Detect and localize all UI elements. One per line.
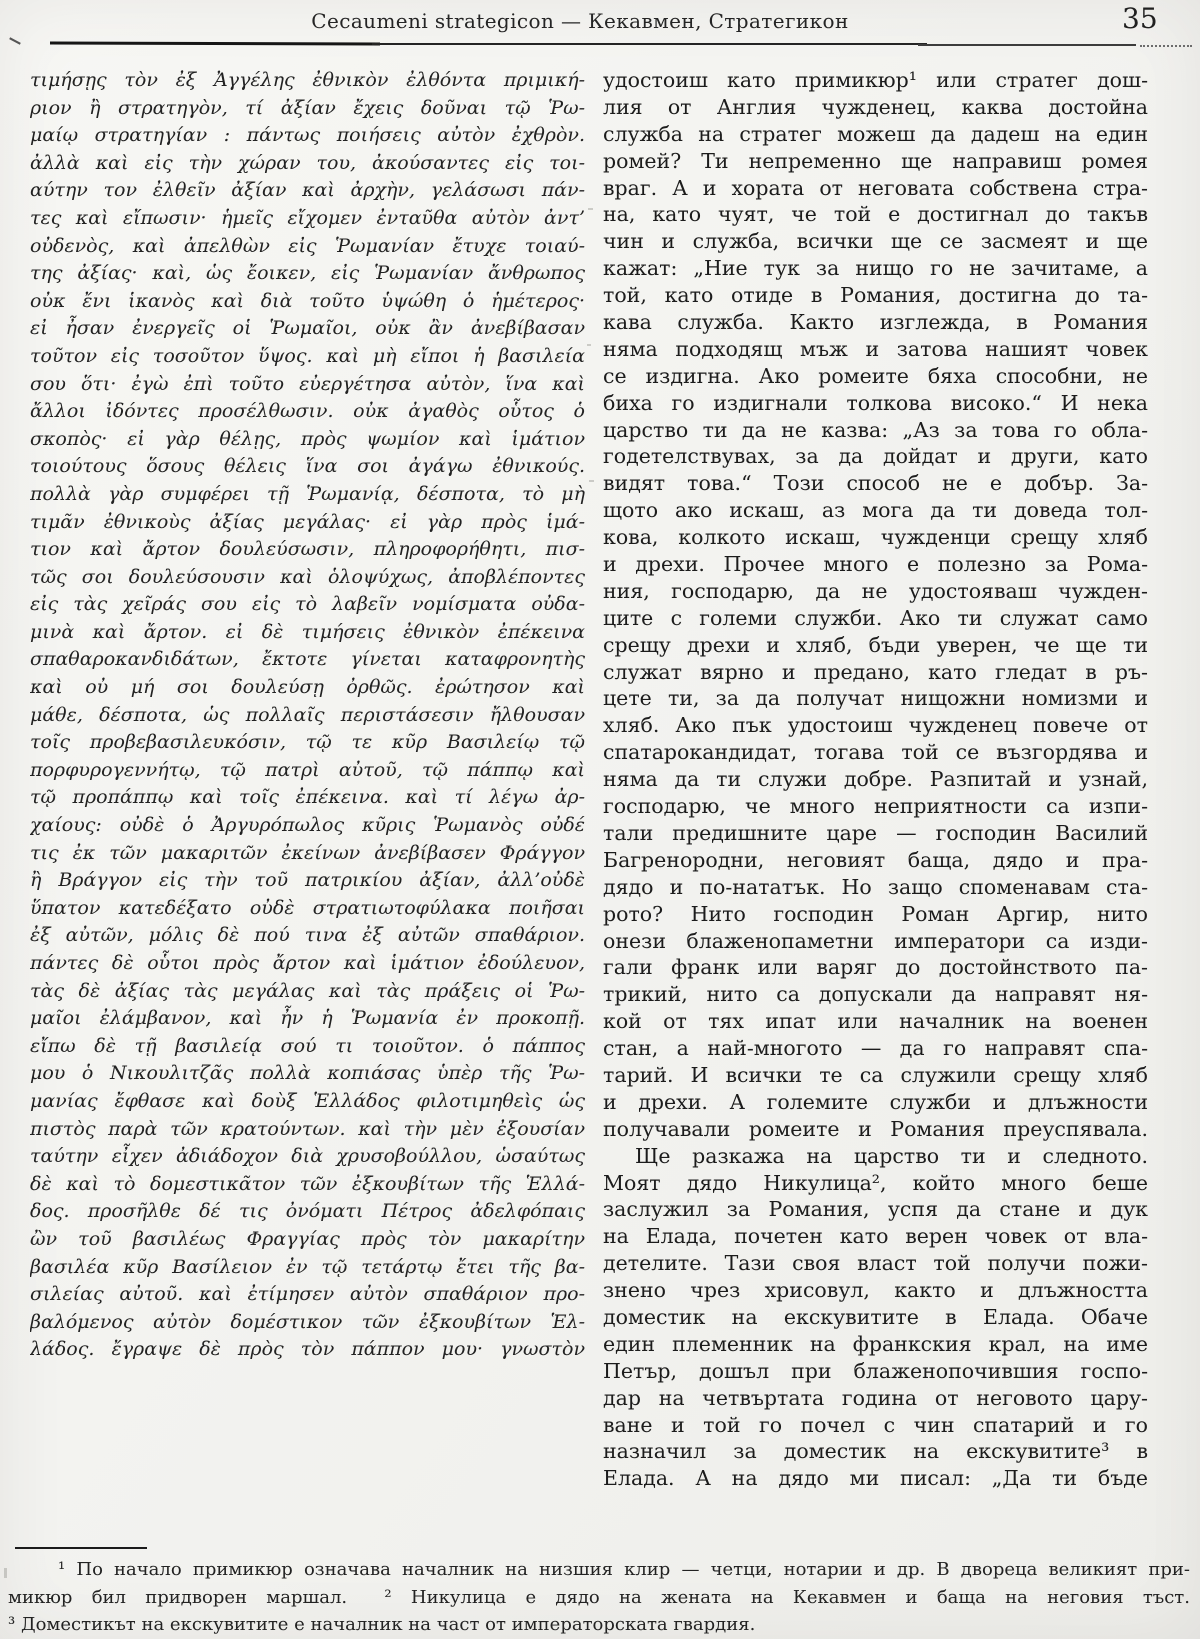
bulgarian-text-line: тали предишните царе — господин Василий: [603, 820, 1148, 847]
bulgarian-text-line: се издигна. Ако ромеите бяха способни, н…: [603, 363, 1148, 390]
bulgarian-text-line: трикий, нито са допускали да направят ня…: [603, 981, 1148, 1008]
greek-text-line: ὕπατον κατεδέξατο οὐδὲ στρατιωτοφύλακα π…: [30, 895, 585, 923]
scan-speck: [589, 480, 594, 482]
greek-text-line: τὰς δὲ ἀξίας τὰς μεγάλας καὶ τὰς πράξεις…: [30, 978, 585, 1006]
footnote-line: ¹ По начало примикюр означава началник н…: [8, 1556, 1190, 1584]
greek-text-line: εἰ ἦσαν ἐνεργεῖς οἱ Ῥωμαῖοι, οὐκ ἂν ἀνεβ…: [30, 315, 585, 343]
greek-text-line: λάδος. ἔγραψε δὲ πρὸς τὸν πάππον μου· γν…: [30, 1336, 585, 1364]
bulgarian-text-line: Петър, дошъл при блаженопочившия госпо-: [603, 1358, 1148, 1385]
greek-text-line: τῷ προπάππῳ καὶ τοῖς ἐπέκεινα. καὶ τί λέ…: [30, 784, 585, 812]
greek-text-line: τις ἐκ τῶν μακαριτῶν ἐκείνων ἀνεβίβασεν …: [30, 840, 585, 868]
bulgarian-text-line: царство ти да не казва: „Аз за това го о…: [603, 417, 1148, 444]
bulgarian-text-line: Елада. А на дядо ми писал: „Да ти бъде: [603, 1465, 1148, 1492]
greek-text-line: ριον ἢ στρατηγὸν, τί ἀξίαν ἔχεις δοῦναι …: [30, 95, 585, 123]
header-rule-segment: [918, 44, 1136, 46]
bulgarian-text-line: рото? Нито господин Роман Аргир, нито: [603, 901, 1148, 928]
bulgarian-text-line: удостоиш като примикюр¹ или стратег дош-: [603, 67, 1148, 94]
greek-text-line: οὐκ ἔνι ἱκανὸς καὶ διὰ τοῦτο ὑψώθη ὁ ἡμέ…: [30, 288, 585, 316]
greek-text-line: αύτην τον ἐλθεῖν ἀξίαν καὶ ἀρχὴν, γελάσω…: [30, 177, 585, 205]
bulgarian-text-line: Ще разкажа на царство ти и следното.: [603, 1143, 1148, 1170]
bulgarian-text-line: щото ако искаш, аз мога да ти доведа тол…: [603, 497, 1148, 524]
greek-text-line: μαῖοι ἐλάμβανον, καὶ ἦν ἡ Ῥωμανία ἐν προ…: [30, 1005, 585, 1033]
greek-text-line: τιμήσῃς τὸν ἐξ Ἀγγέλης ἐθνικὸν ἐλθόντα π…: [30, 67, 585, 95]
greek-column: τιμήσῃς τὸν ἐξ Ἀγγέλης ἐθνικὸν ἐλθόντα π…: [30, 67, 585, 1492]
bulgarian-text-line: назначил за доместик на екскувитите³ в: [603, 1438, 1148, 1465]
bulgarian-text-line: биха го издигнали толкова високо.“ И нек…: [603, 390, 1148, 417]
bulgarian-text-line: на, като чуят, че той е достигнал до так…: [603, 201, 1148, 228]
greek-text-line: ἄλλοι ἰδόντες προσέλθωσιν. οὐκ ἀγαθὸς οὗ…: [30, 398, 585, 426]
bulgarian-text-line: тарий. И всички те са служили срещу хляб: [603, 1062, 1148, 1089]
scan-speck: [4, 1568, 7, 1578]
greek-text-line: σκοπὸς· εἰ γὰρ θέλῃς, πρὸς ψωμίον καὶ ἱμ…: [30, 426, 585, 454]
greek-text-line: ἐξ αὐτῶν, μόλις δὲ πού τινα ἐξ αὐτῶν σπα…: [30, 922, 585, 950]
bulgarian-text-line: кой от тях ипат или началник на военен: [603, 1008, 1148, 1035]
bulgarian-text-line: видят това.“ Този способ не е добър. За-: [603, 470, 1148, 497]
greek-text-line: πιστὸς παρὰ τῶν κρατούντων. καὶ τὴν μὲν …: [30, 1116, 585, 1144]
bulgarian-text-line: онези блаженопаметни императори са изди-: [603, 928, 1148, 955]
bulgarian-text-line: знено чрез хрисовул, както и длъжността: [603, 1277, 1148, 1304]
greek-text-line: ὢν τοῦ βασιλέως Φραγγίας πρὸς τὸν μακαρί…: [30, 1226, 585, 1254]
bulgarian-text-line: той, като отиде в Романия, достигна до т…: [603, 282, 1148, 309]
bulgarian-text-line: детелите. Тази своя власт той получи пож…: [603, 1250, 1148, 1277]
footnote-line: микюр бил придворен маршал. ² Никулица е…: [8, 1584, 1190, 1612]
header-rule-segment: [372, 43, 927, 45]
greek-text-line: σπαθαροκανδιδάτων, ἔκτοτε γίνεται καταφρ…: [30, 646, 585, 674]
bulgarian-text-line: цете ти, за да получат нищожни номизми и: [603, 685, 1148, 712]
bulgarian-text-line: Моят дядо Никулица², който много беше: [603, 1170, 1148, 1197]
bulgarian-text-line: дар на четвъртата година от неговото цар…: [603, 1385, 1148, 1412]
bulgarian-text-line: няма подходящ мъж и затова нашият човек: [603, 336, 1148, 363]
bulgarian-text-line: заслужил за Романия, успя да стане и дук: [603, 1196, 1148, 1223]
bulgarian-text-line: хляб. Ако пък удостоиш чужденец повече о…: [603, 712, 1148, 739]
greek-text-line: μαίῳ στρατηγίαν : πάντως ποιήσεις αὐτὸν …: [30, 122, 585, 150]
header-rule-segment: [50, 41, 380, 45]
greek-text-line: σιλείας αὐτοῦ. καὶ ἐτίμησεν αὐτὸν σπαθάρ…: [30, 1281, 585, 1309]
bulgarian-text-line: гали франк или варяг до достойнството па…: [603, 954, 1148, 981]
greek-text-line: σου ὅτι· ἐγὼ ἐπὶ τοῦτο εὐεργέτησα αὐτὸν,…: [30, 371, 585, 399]
page-number: 35: [1122, 2, 1158, 35]
bulgarian-text-line: Багренородни, неговият баща, дядо и пра-: [603, 847, 1148, 874]
text-columns: τιμήσῃς τὸν ἐξ Ἀγγέλης ἐθνικὸν ἐλθόντα π…: [30, 67, 1148, 1492]
bulgarian-text-line: ния, господарю, да не удостояваш чужден-: [603, 578, 1148, 605]
greek-text-line: οὐδενὸς, καὶ ἀπελθὼν εἰς Ῥωμανίαν ἔτυχε …: [30, 233, 585, 261]
greek-text-line: ἀλλὰ καὶ εἰς τὴν χώραν του, ἀκούσαντες ε…: [30, 150, 585, 178]
greek-text-line: βασιλέα κῦρ Βασίλειον ἐν τῷ τετάρτῳ ἔτει…: [30, 1254, 585, 1282]
scan-artifact: [9, 37, 21, 44]
bulgarian-text-line: служба на стратег можеш да дадеш на един: [603, 121, 1148, 148]
bulgarian-text-line: ване и той го почел с чин спатарий и го: [603, 1412, 1148, 1439]
greek-text-line: τιον καὶ ἄρτον δουλεύσωσιν, πληροφορήθητ…: [30, 536, 585, 564]
greek-text-line: τιμᾶν ἐθνικοὺς ἀξίας μεγάλας· εἰ γὰρ πρὸ…: [30, 509, 585, 537]
bulgarian-text-line: и дрехи. А големите служби и длъжности: [603, 1089, 1148, 1116]
bulgarian-text-line: получавали ромеите и Романия преуспявала…: [603, 1116, 1148, 1143]
bulgarian-text-line: и дрехи. Прочее много е полезно за Рома-: [603, 551, 1148, 578]
greek-text-line: μινὰ καὶ ἄρτον. εἰ δὲ τιμήσεις ἐθνικὸν ἐ…: [30, 619, 585, 647]
scan-speck: [588, 208, 593, 210]
greek-text-line: ταύτην εἶχεν ἀδιάδοχον διὰ χρυσοβούλλου,…: [30, 1143, 585, 1171]
bulgarian-text-line: лия от Англия чужденец, каква достойна: [603, 94, 1148, 121]
bulgarian-text-line: спатарокандидат, тогава той се възгордяв…: [603, 739, 1148, 766]
greek-text-line: τοῖς προβεβασιλευκόσιν, τῷ τε κῦρ Βασιλε…: [30, 729, 585, 757]
bulgarian-column: удостоиш като примикюр¹ или стратег дош-…: [603, 67, 1148, 1492]
footnote-line: ³ Доместикът на екскувитите е началник н…: [8, 1611, 1190, 1639]
bulgarian-text-line: чин и служба, всички ще се засмеят и ще: [603, 228, 1148, 255]
greek-text-line: εἰς τὰς χεῖράς σου εἰς τὸ λαβεῖν νομίσμα…: [30, 591, 585, 619]
greek-text-line: τες καὶ εἴπωσιν· ἡμεῖς εἴχομεν ἐνταῦθα α…: [30, 205, 585, 233]
bulgarian-text-line: на Елада, почетен като верен човек от вл…: [603, 1223, 1148, 1250]
bulgarian-text-line: доместик на екскувитите в Елада. Обаче: [603, 1304, 1148, 1331]
bulgarian-text-line: срещу дрехи и хляб, бъди уверен, че ще т…: [603, 632, 1148, 659]
bulgarian-text-line: кажат: „Ние тук за нищо го не зачитаме, …: [603, 255, 1148, 282]
greek-text-line: τῶς σοι δουλεύσουσιν καὶ ὁλοψύχως, ἀποβλ…: [30, 564, 585, 592]
greek-text-line: ἢ Βράγγον εἰς τὴν τοῦ πατρικίου ἀξίαν, ἀ…: [30, 867, 585, 895]
greek-text-line: πάντες δὲ οὗτοι πρὸς ἄρτον καὶ ἱμάτιον ἐ…: [30, 950, 585, 978]
bulgarian-text-line: служат вярно и предано, като гледат в ръ…: [603, 659, 1148, 686]
greek-text-line: εἴπω δὲ τῇ βασιλείᾳ σού τι τοιοῦτον. ὁ π…: [30, 1033, 585, 1061]
greek-text-line: δὲ καὶ τὸ δομεστικᾶτον τῶν ἐξκουβίτων τῆ…: [30, 1171, 585, 1199]
book-page: Cecaumeni strategicon — Кекавмен, Страте…: [0, 0, 1200, 1639]
greek-text-line: καὶ οὐ μή σοι δουλεύσῃ ὀρθῶς. ἐρώτησον κ…: [30, 674, 585, 702]
header-rule-dotted-end: [1140, 45, 1192, 47]
greek-text-line: μάθε, δέσποτα, ὡς πολλαῖς περιστάσεσιν ἤ…: [30, 702, 585, 730]
greek-text-line: βαλόμενος αὐτὸν δομέστικον τῶν ἐξκουβίτω…: [30, 1309, 585, 1337]
bulgarian-text-line: кова, колкото искаш, чужденци срещу хляб: [603, 524, 1148, 551]
bulgarian-text-line: господарю, че много неприятности са изпи…: [603, 793, 1148, 820]
bulgarian-text-line: враг. А и хората от неговата собствена с…: [603, 175, 1148, 202]
bulgarian-text-line: няма да ти служи добре. Разпитай и узнай…: [603, 766, 1148, 793]
greek-text-line: της ἀξίας· καὶ, ὡς ἔοικεν, εἰς Ῥωμανίαν …: [30, 260, 585, 288]
greek-text-line: δος. προσῆλθε δέ τις ὀνόματι Πέτρος ἀδελ…: [30, 1198, 585, 1226]
bulgarian-text-line: ромей? Ти непременно ще направиш ромея: [603, 148, 1148, 175]
greek-text-line: τοῦτον εἰς τοσοῦτον ὕψος. καὶ μὴ εἴποι ἡ…: [30, 343, 585, 371]
footnote-separator: [15, 1547, 147, 1549]
footnotes: ¹ По начало примикюр означава началник н…: [8, 1547, 1190, 1639]
bulgarian-text-line: годетелствувах, за да дойдат и други, ка…: [603, 443, 1148, 470]
bulgarian-text-line: кава служба. Както изглежда, в Романия: [603, 309, 1148, 336]
scan-speck: [587, 344, 591, 346]
running-title: Cecaumeni strategicon — Кекавмен, Страте…: [0, 9, 1160, 33]
greek-text-line: πολλὰ γὰρ συμφέρει τῇ Ῥωμανίᾳ, δέσποτα, …: [30, 481, 585, 509]
greek-text-line: μανίας ἔφθασε καὶ δοὺξ Ἑλλάδος φιλοτιμηθ…: [30, 1088, 585, 1116]
bulgarian-text-line: стан, а най-многото — да го направят спа…: [603, 1035, 1148, 1062]
bulgarian-text-line: ците с големи служби. Ако ти служат само: [603, 605, 1148, 632]
bulgarian-text-line: един племенник на франкския крал, на име: [603, 1331, 1148, 1358]
greek-text-line: χαίους: οὐδὲ ὁ Ἀργυρόπωλος κῦρις Ῥωμανὸς…: [30, 812, 585, 840]
greek-text-line: μου ὁ Νικουλιτζᾶς πολλὰ κοπιάσας ὑπὲρ τῆ…: [30, 1060, 585, 1088]
greek-text-line: τοιούτους ὅσους θέλεις ἵνα σοι ἀγάγω ἐθν…: [30, 453, 585, 481]
bulgarian-text-line: дядо и по-нататък. Но защо споменавам ст…: [603, 874, 1148, 901]
greek-text-line: πορφυρογεννήτῳ, τῷ πατρὶ αὐτοῦ, τῷ πάππῳ…: [30, 757, 585, 785]
